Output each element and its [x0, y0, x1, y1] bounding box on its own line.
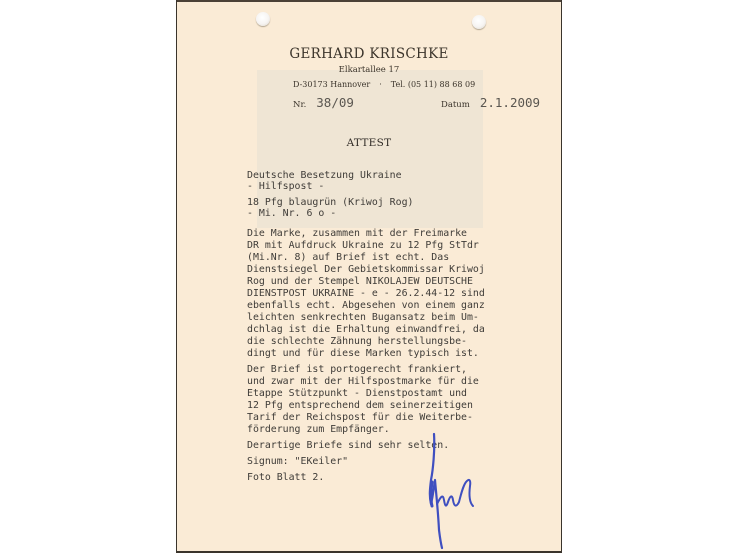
paragraph-2-line: Der Brief ist portogerecht frankiert, — [247, 364, 467, 376]
datum: Datum2.1.2009 — [441, 92, 540, 111]
closing-line-3: Foto Blatt 2. — [247, 472, 324, 484]
letterhead-separator: · — [379, 80, 382, 89]
punch-hole-left-icon — [256, 12, 270, 26]
letterhead-city: D-30173 Hannover — [293, 80, 370, 89]
paragraph-1-line: DR mit Aufdruck Ukraine zu 12 Pfg StTdr — [247, 240, 479, 252]
punch-hole-right-icon — [472, 15, 486, 29]
paragraph-1-line: die schlechte Zähnung herstellungsbe- — [247, 336, 467, 348]
closing-line-2: Signum: "EKeiler" — [247, 456, 348, 468]
closing-line-1: Derartige Briefe sind sehr selten. — [247, 440, 449, 452]
reference-row: Nr.38/09 Datum2.1.2009 — [293, 92, 533, 111]
paragraph-1-line: Rog und der Stempel NIKOLAJEW DEUTSCHE — [247, 276, 473, 288]
document-view: GERHARD KRISCHKE Elkartallee 17 D-30173 … — [0, 0, 740, 557]
paragraph-1-line: leichten senkrechten Bugansatz beim Um- — [247, 312, 479, 324]
nr-label: Nr. — [293, 100, 306, 110]
paragraph-2-line: Tarif der Reichspost für die Weiterbe- — [247, 412, 473, 424]
datum-label: Datum — [441, 100, 470, 110]
paper-top-edge — [177, 0, 561, 2]
subject-line-2: - Hilfspost - — [247, 181, 324, 193]
paragraph-1-line: dingt und für diese Marken typisch ist. — [247, 348, 479, 360]
paragraph-1-line: DIENSTPOST UKRAINE - e - 26.2.44-12 sind — [247, 288, 485, 300]
document-title: ATTEST — [177, 137, 561, 149]
paragraph-1-line: Die Marke, zusammen mit der Freimarke — [247, 228, 467, 240]
letterhead-name: GERHARD KRISCHKE — [177, 46, 561, 62]
paragraph-2-line: Etappe Stützpunkt - Dienstpostamt und — [247, 388, 467, 400]
paragraph-2-line: förderung zum Empfänger. — [247, 424, 390, 436]
nr-value: 38/09 — [316, 95, 354, 110]
paragraph-2-line: 12 Pfg entsprechend dem seinerzeitigen — [247, 400, 473, 412]
attest-paper: GERHARD KRISCHKE Elkartallee 17 D-30173 … — [176, 0, 562, 553]
paragraph-1-line: dchlag ist die Erhaltung einwandfrei, da — [247, 324, 485, 336]
paragraph-1-line: ebenfalls echt. Abgesehen von einem ganz — [247, 300, 485, 312]
letterhead-phone: Tel. (05 11) 88 68 09 — [391, 80, 475, 89]
signature-icon — [421, 430, 481, 550]
paragraph-1-line: Dienstsiegel Der Gebietskommissar Kriwoj — [247, 264, 485, 276]
datum-value: 2.1.2009 — [480, 95, 540, 110]
letterhead-contact: D-30173 Hannover·Tel. (05 11) 88 68 09 — [293, 80, 475, 89]
paragraph-2-line: und zwar mit der Hilfspostmarke für die — [247, 376, 479, 388]
letterhead-street: Elkartallee 17 — [177, 65, 561, 75]
paragraph-1-line: (Mi.Nr. 8) auf Brief ist echt. Das — [247, 252, 449, 264]
subject-line-4: - Mi. Nr. 6 o - — [247, 208, 336, 220]
